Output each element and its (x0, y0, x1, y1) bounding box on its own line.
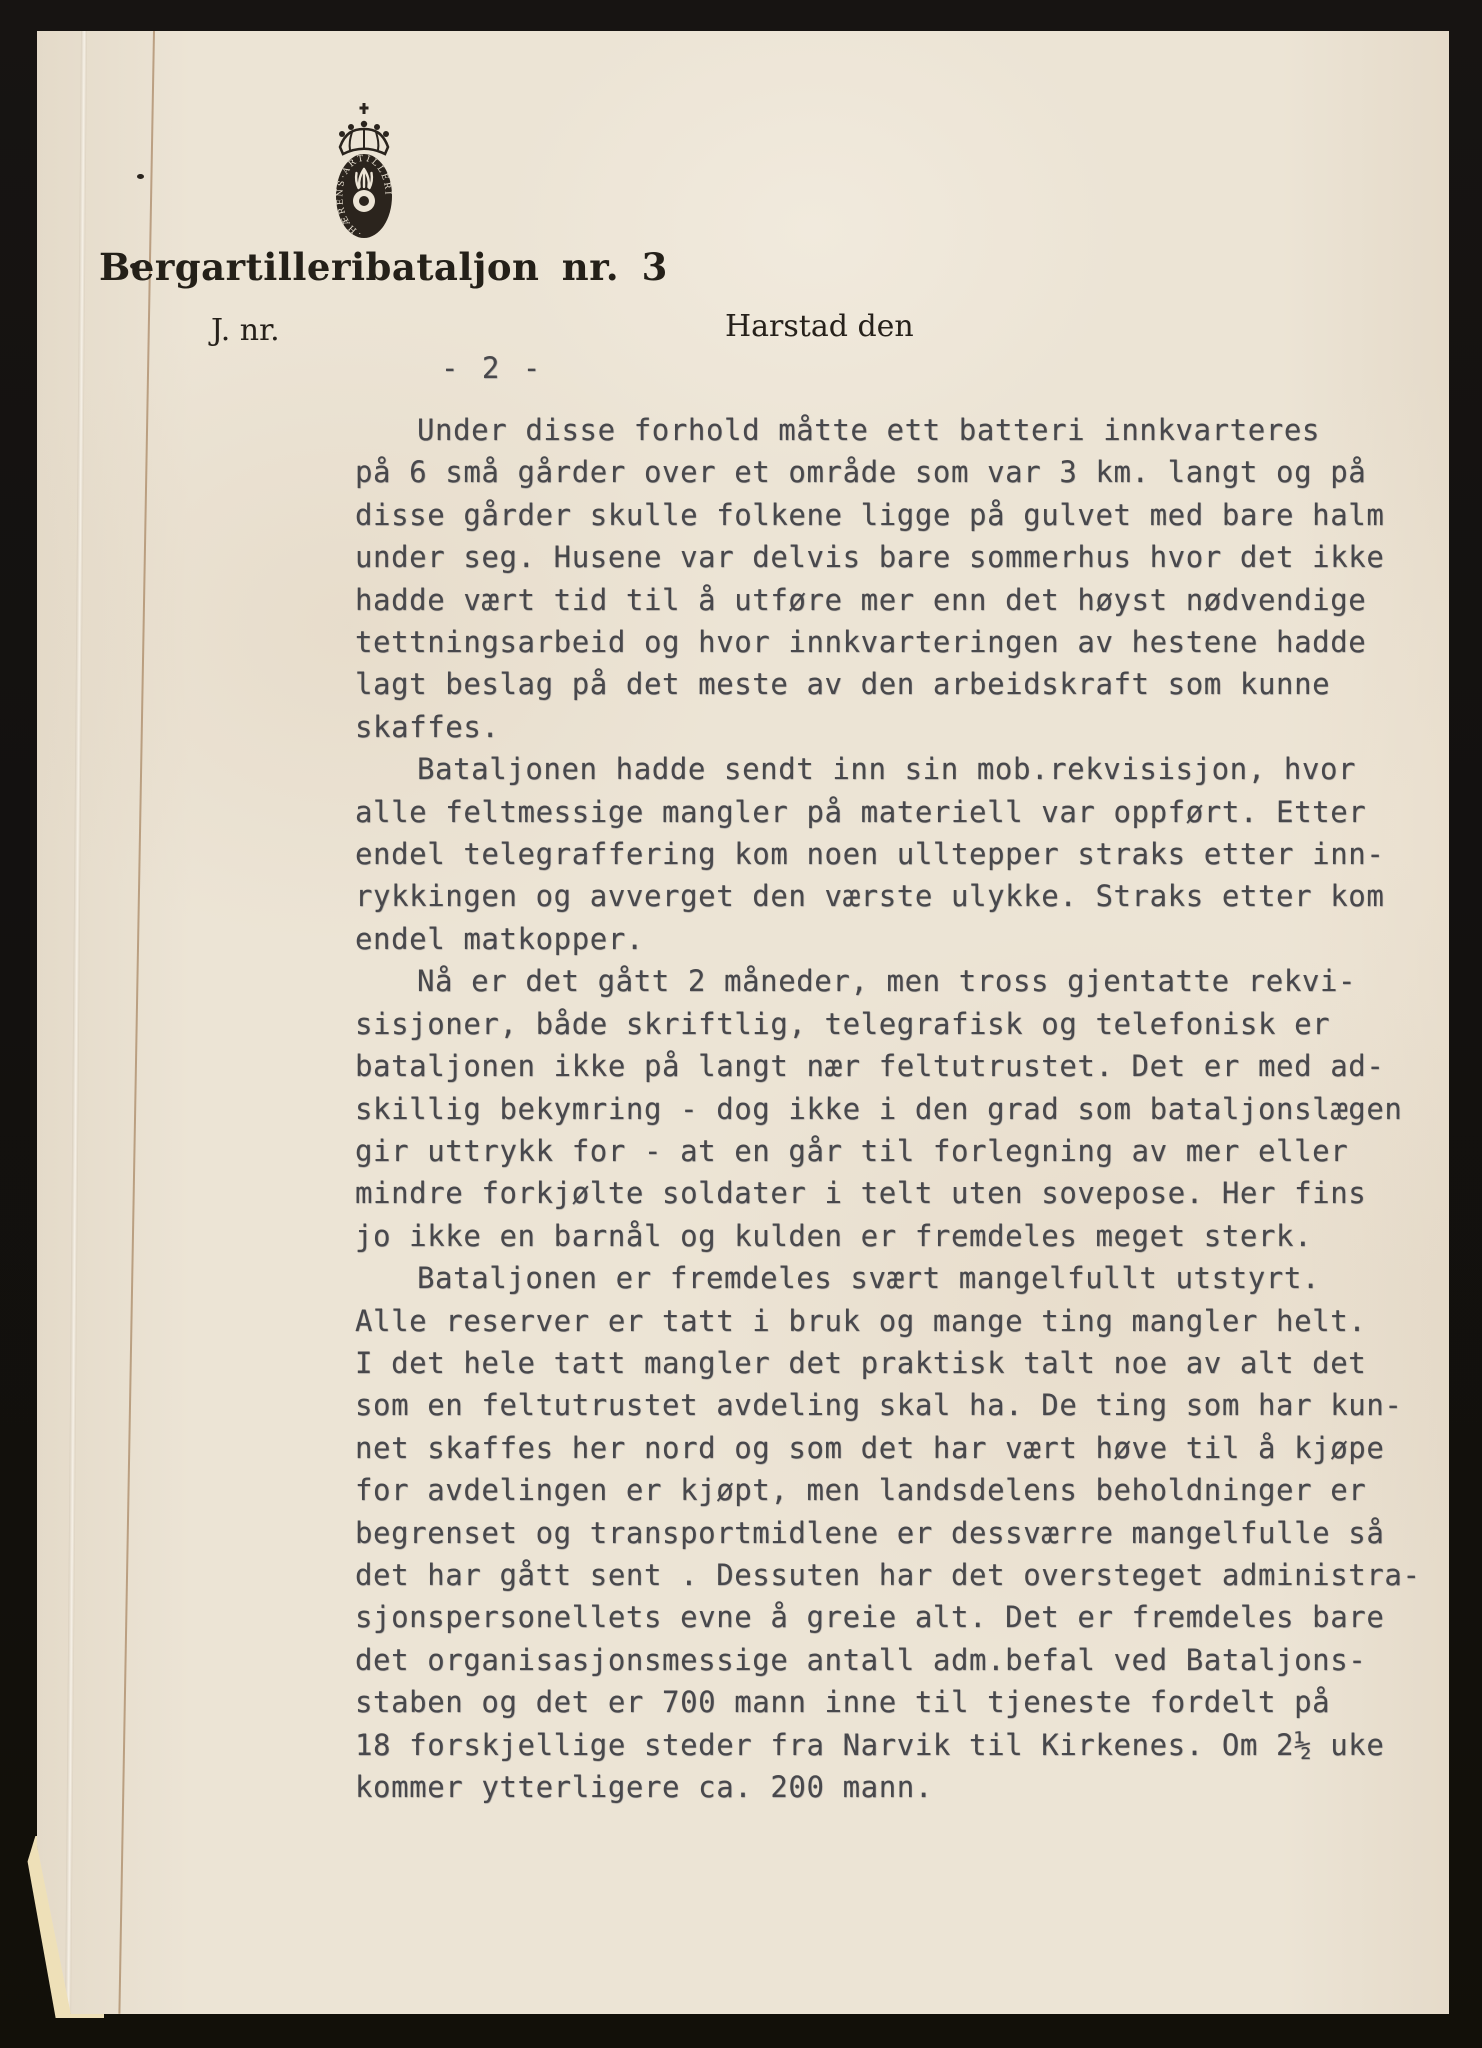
document-body: Under disse forhold måtte ett batteri in… (355, 409, 1423, 1808)
letterhead-unit-name: Bergartilleribataljon nr. 3 (99, 245, 668, 289)
scan-background: ·HÆRENS·ARTILLERI Bergartilleribataljon … (0, 0, 1482, 2048)
army-artillery-crest-icon: ·HÆRENS·ARTILLERI (325, 101, 403, 251)
place-date-label: Harstad den (725, 309, 914, 344)
letterhead-meta-row: J. nr. Harstad den (37, 313, 1449, 353)
paragraph-4: Bataljonen er fremdeles svært mangelfull… (355, 1257, 1423, 1808)
paragraph-1: Under disse forhold måtte ett batteri in… (355, 409, 1423, 748)
paragraph-2: Bataljonen hadde sendt inn sin mob.rekvi… (355, 748, 1423, 960)
journal-number-label: J. nr. (211, 313, 280, 348)
page-number: - 2 - (441, 351, 543, 385)
document-page: ·HÆRENS·ARTILLERI Bergartilleribataljon … (37, 31, 1449, 2014)
ink-speck (137, 174, 144, 179)
paragraph-3: Nå er det gått 2 måneder, men tross gjen… (355, 960, 1423, 1257)
